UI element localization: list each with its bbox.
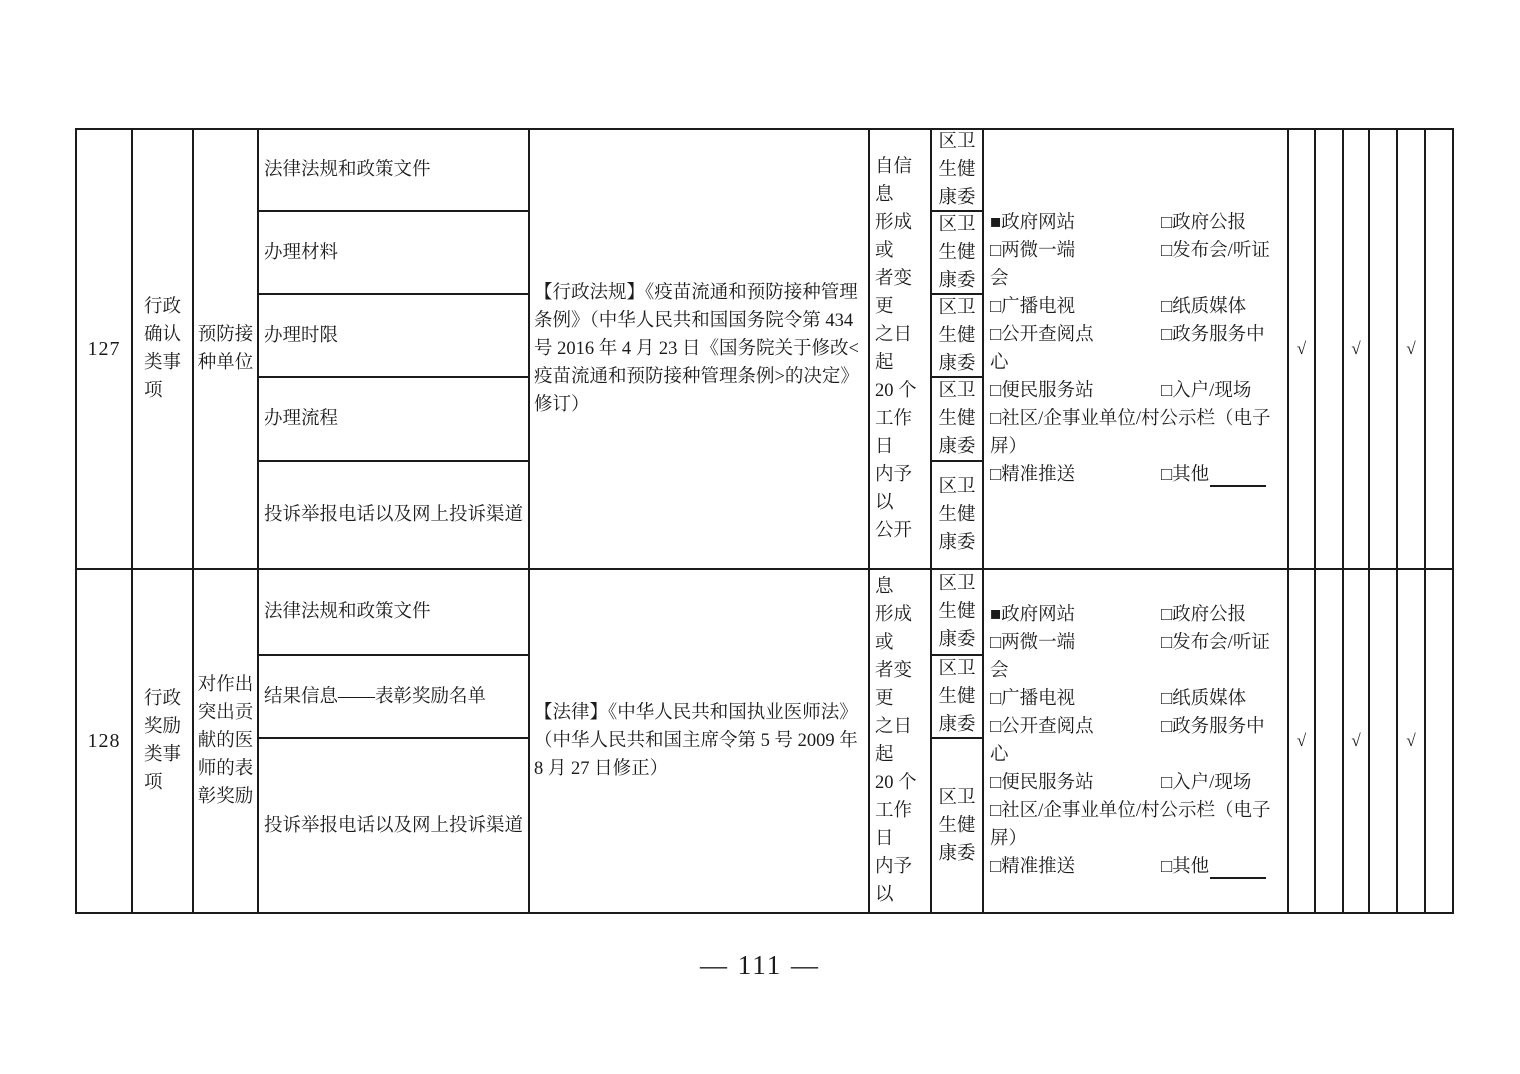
channels-cell: ■政府网站□政府公报 □两微一端□发布会/听证 会 □广播电视□纸质媒体 □公开… <box>984 130 1289 570</box>
channel-option-other: □其他 <box>1161 853 1209 881</box>
category-label: 行政 奖励 类事 项 <box>144 685 181 797</box>
org-cell: 区卫 生健 康委 <box>932 739 984 914</box>
channel-text-wrap: 屏） <box>990 433 1161 461</box>
channels-line-9: 屏） <box>990 825 1161 853</box>
channel-option-other: □其他 <box>1161 461 1209 489</box>
channel-option-gov-gazette: □政府公报 <box>1161 209 1246 237</box>
row-number-cell: 127 <box>77 130 133 570</box>
channels-line-2: □两微一端□发布会/听证 <box>990 237 1270 265</box>
sub-item-label: 法律法规和政策文件 <box>264 598 431 626</box>
channel-option-public-reading-point: □公开查阅点 <box>990 321 1161 349</box>
channel-option-gov-website: ■政府网站 <box>990 601 1161 629</box>
channels-line-2: □两微一端□发布会/听证 <box>990 629 1270 657</box>
sub-item-cell: 投诉举报电话以及网上投诉渠道 <box>259 462 530 570</box>
channel-option-precise-push: □精准推送 <box>990 461 1161 489</box>
channels-line-6: 心 <box>990 741 1161 769</box>
channel-option-gov-service-center: □政务服务中 <box>1161 321 1265 349</box>
channel-option-press-hearing: □发布会/听证 <box>1161 237 1270 265</box>
channels-line-9: 屏） <box>990 433 1161 461</box>
check-cell <box>1316 570 1344 914</box>
sub-item-cell: 投诉举报电话以及网上投诉渠道 <box>259 739 530 914</box>
channel-option-door-to-door: □入户/现场 <box>1161 769 1251 797</box>
channels-line-3: 会 <box>990 265 1161 293</box>
check-cell <box>1426 130 1454 570</box>
org-label: 区卫 生健 康委 <box>938 295 975 378</box>
channels-line-7: □便民服务站□入户/现场 <box>990 769 1251 797</box>
org-cell: 区卫 生健 康委 <box>932 656 984 739</box>
row-number-cell: 128 <box>77 570 133 914</box>
category-cell: 行政 确认 类事 项 <box>133 130 194 570</box>
page-number: — 111 — <box>0 950 1520 981</box>
check-mark: √ <box>1351 335 1360 363</box>
other-blank-line <box>1210 856 1266 879</box>
sub-item-label: 投诉举报电话以及网上投诉渠道 <box>264 501 523 529</box>
channel-option-community-board: □社区/企事业单位/村公示栏（电子 <box>990 797 1270 825</box>
channels-line-5: □公开查阅点□政务服务中 <box>990 321 1265 349</box>
item-label: 预防接 种单位 <box>198 321 254 377</box>
time-limit-text: 自信息 形成或 者变更 之日起 20 个 工作日 内予以 公开 <box>875 153 930 545</box>
org-cell: 区卫 生健 康委 <box>932 570 984 656</box>
category-cell: 行政 奖励 类事 项 <box>133 570 194 914</box>
channel-text-wrap: 心 <box>990 349 1161 377</box>
legal-basis-text: 【法律】《中华人民共和国执业医师法》 （中华人民共和国主席令第 5 号 2009… <box>534 699 858 783</box>
sub-item-label: 办理流程 <box>264 405 338 433</box>
sub-item-label: 办理材料 <box>264 239 338 267</box>
channels-line-6: 心 <box>990 349 1161 377</box>
legal-basis-cell: 【行政法规】《疫苗流通和预防接种管理 条例》（中华人民共和国国务院令第 434 … <box>530 130 870 570</box>
check-mark: √ <box>1351 727 1360 755</box>
check-mark: √ <box>1297 727 1306 755</box>
check-cell: √ <box>1398 130 1426 570</box>
item-cell: 预防接 种单位 <box>194 130 259 570</box>
org-label: 区卫 生健 康委 <box>938 570 975 654</box>
org-cell: 区卫 生健 康委 <box>932 130 984 212</box>
channel-text-wrap: 会 <box>990 657 1161 685</box>
other-blank-line <box>1210 464 1266 487</box>
check-cell <box>1316 130 1344 570</box>
channel-option-gov-service-center: □政务服务中 <box>1161 713 1265 741</box>
check-cell: √ <box>1344 570 1370 914</box>
check-cell <box>1370 130 1398 570</box>
channels-line-7: □便民服务站□入户/现场 <box>990 377 1251 405</box>
sub-item-label: 投诉举报电话以及网上投诉渠道 <box>264 812 523 840</box>
channel-text-wrap: 屏） <box>990 825 1161 853</box>
check-cell: √ <box>1289 130 1316 570</box>
channels-line-1: ■政府网站□政府公报 <box>990 601 1246 629</box>
org-label: 区卫 生健 康委 <box>938 473 975 557</box>
sub-item-cell: 法律法规和政策文件 <box>259 570 530 656</box>
sub-item-cell: 结果信息——表彰奖励名单 <box>259 656 530 739</box>
item-label: 对作出 突出贡 献的医 师的表 彰奖励 <box>198 671 254 811</box>
channel-option-two-wei-one-app: □两微一端 <box>990 629 1161 657</box>
channels-line-5: □公开查阅点□政务服务中 <box>990 713 1265 741</box>
check-cell <box>1370 570 1398 914</box>
channel-option-gov-website: ■政府网站 <box>990 209 1161 237</box>
row-number: 127 <box>88 335 121 363</box>
document-page: { "page": { "number_label": "— 111 —" },… <box>0 0 1520 1074</box>
channel-option-precise-push: □精准推送 <box>990 853 1161 881</box>
sub-item-cell: 办理材料 <box>259 212 530 295</box>
sub-item-cell: 法律法规和政策文件 <box>259 130 530 212</box>
category-label: 行政 确认 类事 项 <box>144 293 181 405</box>
sub-item-cell: 办理时限 <box>259 295 530 378</box>
channel-option-public-reading-point: □公开查阅点 <box>990 713 1161 741</box>
org-label: 区卫 生健 康委 <box>938 212 975 295</box>
time-limit-cell: 自信息 形成或 者变更 之日起 20 个 工作日 内予以 公开 <box>870 570 932 914</box>
channels-cell: ■政府网站□政府公报 □两微一端□发布会/听证 会 □广播电视□纸质媒体 □公开… <box>984 570 1289 914</box>
sub-item-label: 结果信息——表彰奖励名单 <box>264 683 486 711</box>
check-cell: √ <box>1398 570 1426 914</box>
channel-option-paper-media: □纸质媒体 <box>1161 293 1246 321</box>
channels-line-10: □精准推送□其他 <box>990 853 1266 881</box>
channel-option-gov-gazette: □政府公报 <box>1161 601 1246 629</box>
channels-line-1: ■政府网站□政府公报 <box>990 209 1246 237</box>
channels-line-10: □精准推送□其他 <box>990 461 1266 489</box>
channel-option-paper-media: □纸质媒体 <box>1161 685 1246 713</box>
sub-item-cell: 办理流程 <box>259 378 530 462</box>
org-label: 区卫 生健 康委 <box>938 130 975 212</box>
channel-option-service-station: □便民服务站 <box>990 377 1161 405</box>
time-limit-text: 自信息 形成或 者变更 之日起 20 个 工作日 内予以 公开 <box>875 570 930 914</box>
info-disclosure-table: 127 行政 确认 类事 项 预防接 种单位 法律法规和政策文件 办理材料 办理… <box>75 128 1454 914</box>
org-cell: 区卫 生健 康委 <box>932 295 984 378</box>
channel-option-two-wei-one-app: □两微一端 <box>990 237 1161 265</box>
legal-basis-cell: 【法律】《中华人民共和国执业医师法》 （中华人民共和国主席令第 5 号 2009… <box>530 570 870 914</box>
sub-item-label: 办理时限 <box>264 322 338 350</box>
org-label: 区卫 生健 康委 <box>938 784 975 868</box>
org-cell: 区卫 生健 康委 <box>932 378 984 462</box>
channel-option-radio-tv: □广播电视 <box>990 685 1161 713</box>
channel-option-press-hearing: □发布会/听证 <box>1161 629 1270 657</box>
channels-line-4: □广播电视□纸质媒体 <box>990 293 1246 321</box>
check-mark: √ <box>1406 727 1415 755</box>
channels-line-4: □广播电视□纸质媒体 <box>990 685 1246 713</box>
org-cell: 区卫 生健 康委 <box>932 212 984 295</box>
check-cell <box>1426 570 1454 914</box>
channels-line-8: □社区/企事业单位/村公示栏（电子 <box>990 797 1270 825</box>
channel-option-service-station: □便民服务站 <box>990 769 1161 797</box>
check-mark: √ <box>1297 335 1306 363</box>
time-limit-cell: 自信息 形成或 者变更 之日起 20 个 工作日 内予以 公开 <box>870 130 932 570</box>
channels-line-3: 会 <box>990 657 1161 685</box>
legal-basis-text: 【行政法规】《疫苗流通和预防接种管理 条例》（中华人民共和国国务院令第 434 … <box>534 279 859 419</box>
sub-item-label: 法律法规和政策文件 <box>264 156 431 184</box>
row-number: 128 <box>88 727 121 755</box>
channel-option-radio-tv: □广播电视 <box>990 293 1161 321</box>
check-cell: √ <box>1344 130 1370 570</box>
channel-option-community-board: □社区/企事业单位/村公示栏（电子 <box>990 405 1270 433</box>
check-cell: √ <box>1289 570 1316 914</box>
channel-text-wrap: 会 <box>990 265 1161 293</box>
item-cell: 对作出 突出贡 献的医 师的表 彰奖励 <box>194 570 259 914</box>
org-label: 区卫 生健 康委 <box>938 378 975 461</box>
channel-text-wrap: 心 <box>990 741 1161 769</box>
org-label: 区卫 生健 康委 <box>938 656 975 739</box>
check-mark: √ <box>1406 335 1415 363</box>
org-cell: 区卫 生健 康委 <box>932 462 984 570</box>
channels-line-8: □社区/企事业单位/村公示栏（电子 <box>990 405 1270 433</box>
channel-option-door-to-door: □入户/现场 <box>1161 377 1251 405</box>
